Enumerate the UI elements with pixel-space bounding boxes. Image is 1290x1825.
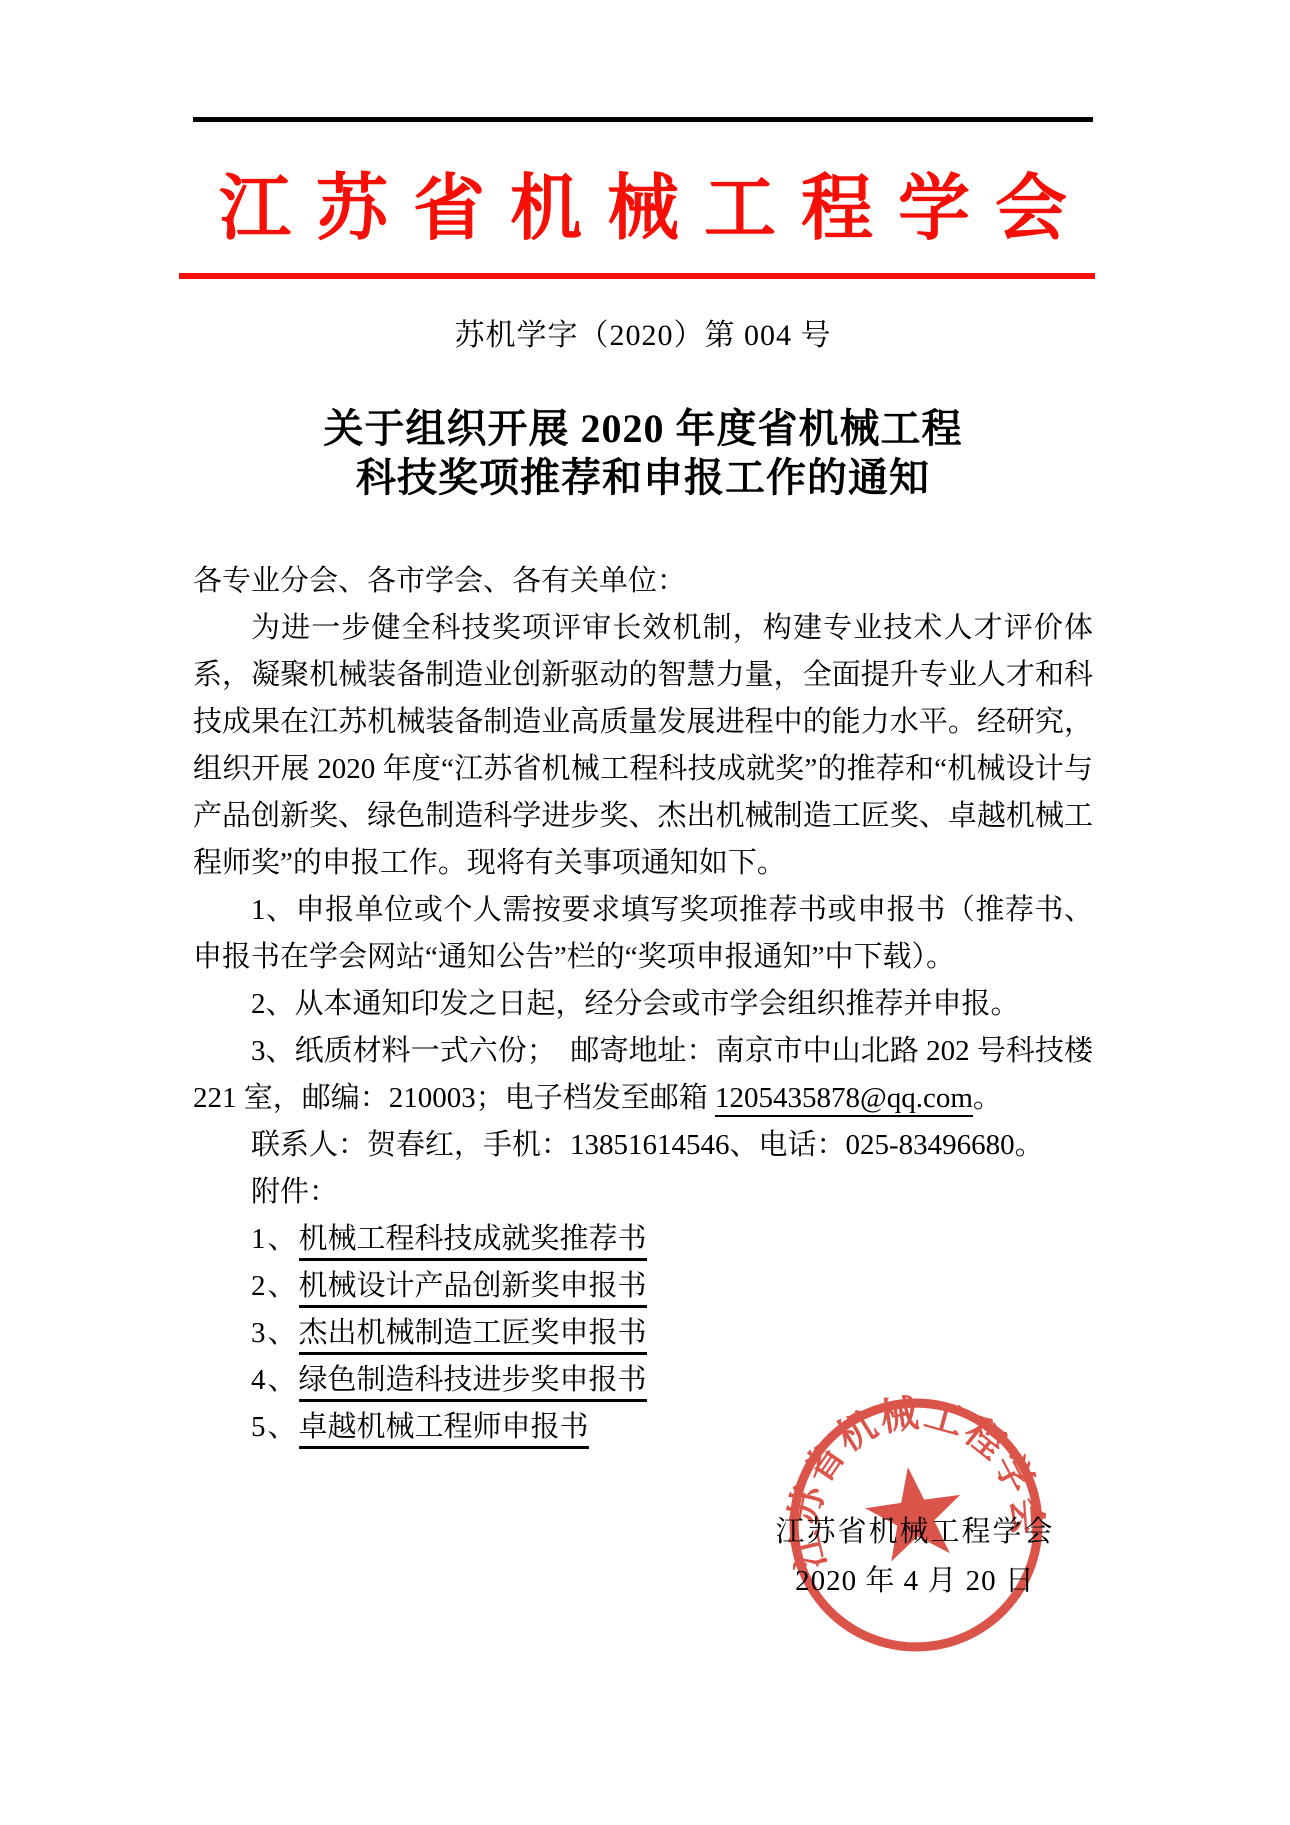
attachment-number: 5、: [251, 1411, 299, 1443]
attachment-number: 4、: [251, 1364, 299, 1396]
list-item-2: 2、从本通知印发之日起，经分会或市学会组织推荐并申报。: [193, 981, 1093, 1028]
letterhead-rule: [179, 273, 1095, 279]
notice-title-line1: 关于组织开展 2020 年度省机械工程: [324, 406, 963, 451]
attachment-number: 2、: [251, 1270, 299, 1302]
attachment-number: 1、: [251, 1223, 299, 1255]
list-item-3-period: 。: [973, 1082, 1002, 1114]
attachment-number: 3、: [251, 1317, 299, 1349]
signature-block: 江苏省机械工程学会 2020 年 4 月 20 日: [665, 1509, 1165, 1605]
list-item-3: 3、纸质材料一式六份； 邮寄地址：南京市中山北路 202 号科技楼 221 室，…: [193, 1028, 1093, 1122]
signature-date: 2020 年 4 月 20 日: [665, 1558, 1165, 1605]
salutation: 各专业分会、各市学会、各有关单位：: [193, 558, 1093, 605]
letterhead-org-title: 江苏省机械工程学会: [143, 166, 1143, 252]
document-body: 各专业分会、各市学会、各有关单位： 为进一步健全科技奖项评审长效机制，构建专业技…: [193, 558, 1093, 1451]
signature-org: 江苏省机械工程学会: [665, 1509, 1165, 1556]
document-number: 苏机学字（2020）第 004 号: [193, 318, 1093, 354]
attachment-item: 3、杰出机械制造工匠奖申报书: [193, 1310, 1093, 1357]
attachment-item: 2、机械设计产品创新奖申报书: [193, 1263, 1093, 1310]
notice-title-line2: 科技奖项推荐和申报工作的通知: [356, 455, 930, 500]
email-link[interactable]: 1205435878@qq.com: [715, 1082, 973, 1117]
top-rule: [193, 117, 1093, 122]
contact-line: 联系人：贺春红，手机：13851614546、电话：025-83496680。: [193, 1122, 1093, 1169]
document-page: 江苏省机械工程学会 苏机学字（2020）第 004 号 关于组织开展 2020 …: [0, 0, 1290, 1825]
notice-title: 关于组织开展 2020 年度省机械工程 科技奖项推荐和申报工作的通知: [193, 404, 1093, 502]
attachment-title: 机械设计产品创新奖申报书: [299, 1270, 647, 1308]
attachment-title: 杰出机械制造工匠奖申报书: [299, 1317, 647, 1355]
paragraph-intro: 为进一步健全科技奖项评审长效机制，构建专业技术人才评价体系，凝聚机械装备制造业创…: [193, 605, 1093, 887]
list-item-1: 1、申报单位或个人需按要求填写奖项推荐书或申报书（推荐书、申报书在学会网站“通知…: [193, 887, 1093, 981]
attachment-title: 机械工程科技成就奖推荐书: [299, 1223, 647, 1261]
attachment-title: 绿色制造科技进步奖申报书: [299, 1364, 647, 1402]
attachment-title: 卓越机械工程师申报书: [299, 1411, 589, 1449]
attachment-item: 1、机械工程科技成就奖推荐书: [193, 1216, 1093, 1263]
attachments-label: 附件：: [193, 1169, 1093, 1216]
